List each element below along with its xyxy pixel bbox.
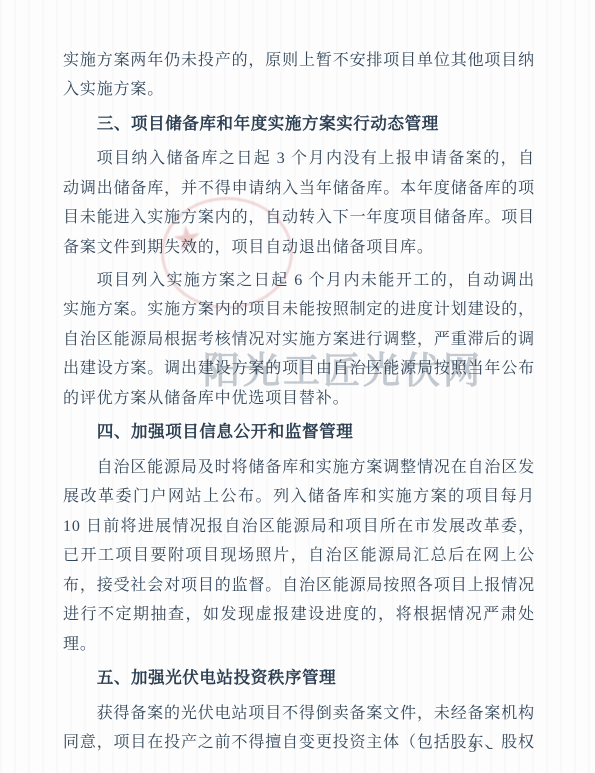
paragraph: 项目列入实施方案之日起 6 个月内未能开工的，自动调出实施方案。实施方案内的项目… [63, 266, 535, 414]
paragraph: 自治区能源局及时将储备库和实施方案调整情况在自治区发展改革委门户网站上公布。列入… [63, 453, 535, 660]
paragraph: 实施方案两年仍未投产的，原则上暂不安排项目单位其他项目纳入实施方案。 [63, 46, 535, 105]
section-heading-4: 四、加强项目信息公开和监督管理 [63, 418, 535, 448]
paragraph: 项目纳入储备库之日起 3 个月内没有上报申请备案的，自动调出储备库，并不得申请纳… [63, 144, 535, 262]
document-body: 实施方案两年仍未投产的，原则上暂不安排项目单位其他项目纳入实施方案。 三、项目储… [63, 42, 535, 761]
page-number: - 3 - [452, 740, 497, 757]
section-heading-3: 三、项目储备库和年度实施方案实行动态管理 [63, 110, 535, 140]
document-page: ★ 阳光工匠光伏网 实施方案两年仍未投产的，原则上暂不安排项目单位其他项目纳入实… [0, 0, 595, 773]
section-heading-5: 五、加强光伏电站投资秩序管理 [63, 664, 535, 694]
